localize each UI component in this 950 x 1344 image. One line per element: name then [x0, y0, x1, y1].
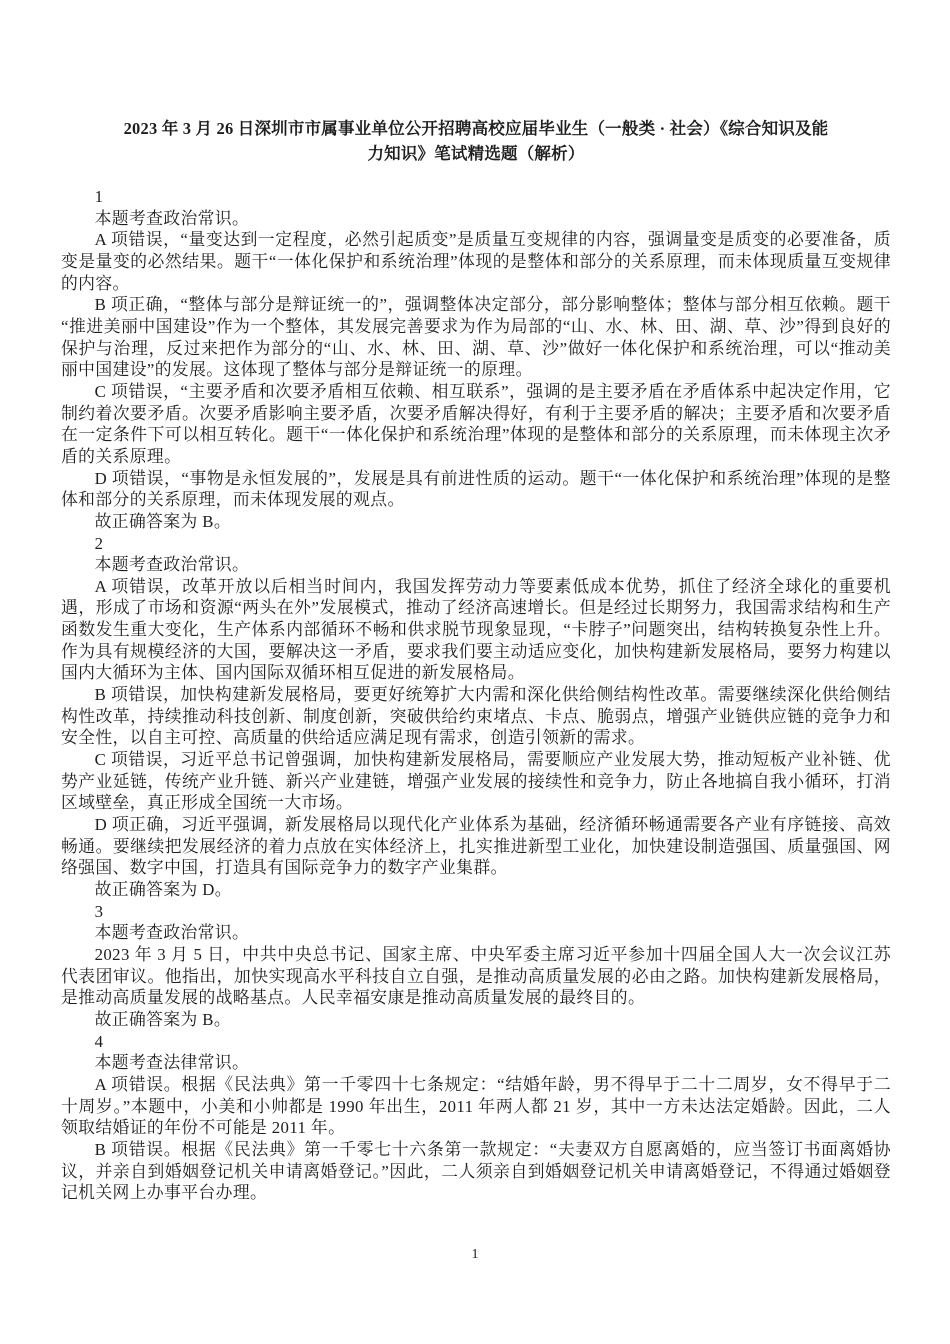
answer-paragraph: B 项错误，加快构建新发展格局，要更好统筹扩大内需和深化供给侧结构性改革。需要继…	[61, 684, 891, 749]
page-footer: 1	[0, 1247, 950, 1263]
question-intro: 本题考查政治常识。	[61, 208, 891, 230]
answer-paragraph: C 项错误，习近平总书记曾强调，加快构建新发展格局，需要顺应产业发展大势，推动短…	[61, 749, 891, 814]
question-number: 1	[61, 186, 891, 208]
answer-paragraph: C 项错误，“主要矛盾和次要矛盾相互依赖、相互联系”，强调的是主要矛盾在矛盾体系…	[61, 381, 891, 468]
document-title-line-1: 2023 年 3 月 26 日深圳市市属事业单位公开招聘高校应届毕业生（一般类 …	[61, 116, 891, 141]
answer-paragraph: D 项错误，“事物是永恒发展的”，发展是具有前进性质的运动。题干“一体化保护和系…	[61, 468, 891, 511]
document-page: 2023 年 3 月 26 日深圳市市属事业单位公开招聘高校应届毕业生（一般类 …	[0, 0, 950, 1344]
answer-paragraph: A 项错误，“量变达到一定程度，必然引起质变”是质量互变规律的内容，强调量变是质…	[61, 229, 891, 294]
answer-paragraph: A 项错误。根据《民法典》第一千零四十七条规定：“结婚年龄，男不得早于二十二周岁…	[61, 1074, 891, 1139]
answer-paragraph: A 项错误，改革开放以后相当时间内，我国发挥劳动力等要素低成本优势，抓住了经济全…	[61, 576, 891, 684]
document-title-line-2: 力知识》笔试精选题（解析）	[61, 141, 891, 166]
answer-paragraph: 2023 年 3 月 5 日，中共中央总书记、国家主席、中央军委主席习近平参加十…	[61, 944, 891, 1009]
page-number: 1	[472, 1247, 479, 1262]
questions: 1本题考查政治常识。A 项错误，“量变达到一定程度，必然引起质变”是质量互变规律…	[61, 186, 891, 1204]
answer-paragraph: B 项错误。根据《民法典》第一千零七十六条第一款规定：“夫妻双方自愿离婚的，应当…	[61, 1139, 891, 1204]
question-intro: 本题考查政治常识。	[61, 554, 891, 576]
question-number: 3	[61, 901, 891, 923]
question-intro: 本题考查法律常识。	[61, 1052, 891, 1074]
answer-paragraph: 故正确答案为 B。	[61, 511, 891, 533]
document-title: 2023 年 3 月 26 日深圳市市属事业单位公开招聘高校应届毕业生（一般类 …	[61, 116, 891, 166]
question-number: 2	[61, 533, 891, 555]
answer-paragraph: B 项正确，“整体与部分是辩证统一的”，强调整体决定部分，部分影响整体；整体与部…	[61, 294, 891, 381]
answer-paragraph: D 项正确，习近平强调，新发展格局以现代化产业体系为基础，经济循环畅通需要各产业…	[61, 814, 891, 879]
question-number: 4	[61, 1031, 891, 1053]
answer-paragraph: 故正确答案为 B。	[61, 1009, 891, 1031]
question-intro: 本题考查政治常识。	[61, 922, 891, 944]
answer-paragraph: 故正确答案为 D。	[61, 879, 891, 901]
